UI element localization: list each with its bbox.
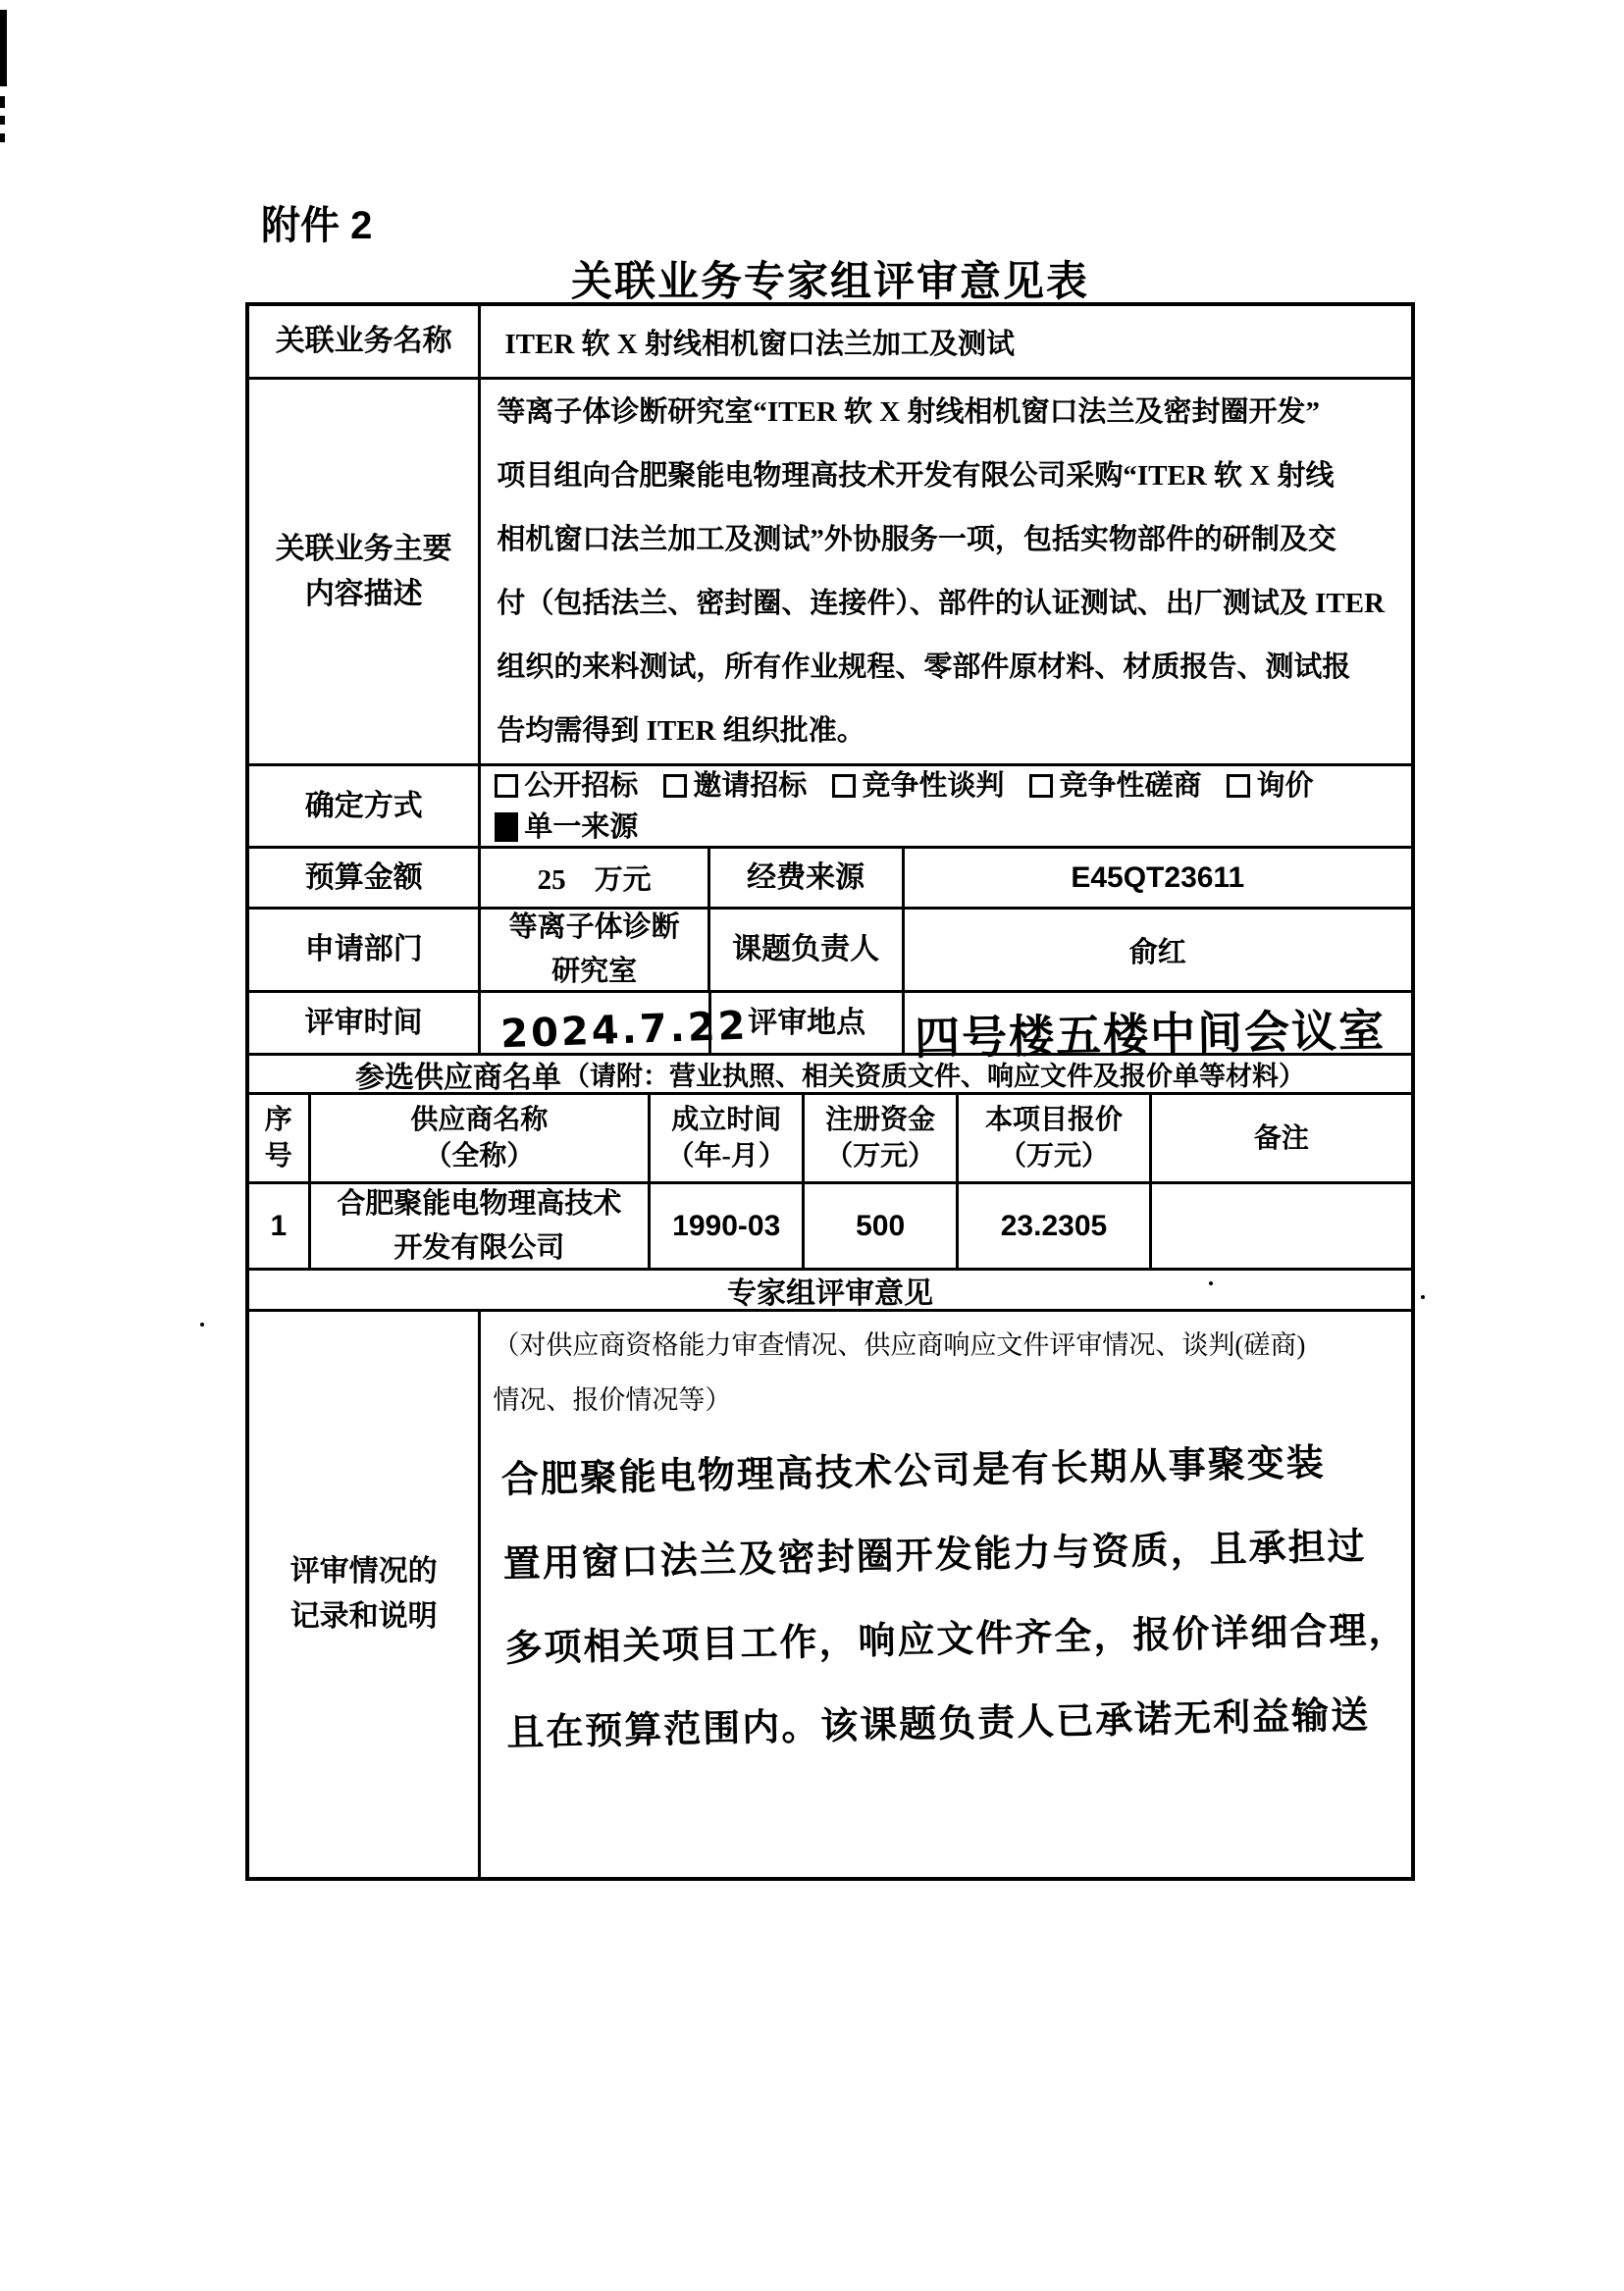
col-header-founded: 成立时间 （年-月）: [651, 1095, 805, 1181]
row-method: 确定方式 公开招标 邀请招标 竞争性谈判 竞争性磋商 询价 单一来源: [249, 766, 1411, 849]
supplier-section-title: 参选供应商名单: [355, 1053, 561, 1096]
opinion-section-title: 专家组评审意见: [249, 1271, 1411, 1309]
opinion-intro: （对供应商资格能力审查情况、供应商响应文件评审情况、谈判(磋商): [493, 1318, 1397, 1373]
business-name-value: ITER 软 X 射线相机窗口法兰加工及测试: [481, 306, 1411, 377]
opinion-record-label: 评审情况的 记录和说明: [249, 1312, 481, 1877]
handwritten-opinion: 合肥聚能电物理高技术公司是有长期从事聚变装 置用窗口法兰及密封圈开发能力与资质，…: [500, 1419, 1410, 1775]
supplier-no: 1: [249, 1184, 311, 1268]
business-name-label: 关联业务名称: [249, 306, 481, 377]
method-option-3: 竞争性磋商: [1029, 765, 1201, 807]
method-label: 确定方式: [249, 766, 481, 846]
row-department-leader: 申请部门 等离子体诊断 研究室 课题负责人 俞红: [249, 910, 1411, 993]
review-form-table: 关联业务名称 ITER 软 X 射线相机窗口法兰加工及测试 关联业务主要 内容描…: [245, 302, 1415, 1881]
budget-value: 25 万元: [481, 849, 709, 907]
method-checkbox-1: [663, 774, 687, 798]
handwritten-review-place: 四号楼五楼中间会议室: [915, 994, 1387, 1067]
row-business-name: 关联业务名称 ITER 软 X 射线相机窗口法兰加工及测试: [249, 306, 1411, 380]
review-time-label: 评审时间: [249, 993, 481, 1053]
method-checkbox-4: [1227, 774, 1250, 798]
scan-artifact-dash: [0, 96, 5, 108]
scanned-document-page: 附件 2 关联业务专家组评审意见表 关联业务名称 ITER 软 X 射线相机窗口…: [0, 0, 1624, 2291]
method-option-4: 询价: [1227, 765, 1313, 807]
supplier-quote: 23.2305: [959, 1184, 1152, 1268]
supplier-founded: 1990-03: [651, 1184, 805, 1268]
row-time-place: 评审时间 2024.7.22 评审地点 四号楼五楼中间会议室: [249, 993, 1411, 1056]
col-header-note: 备注: [1152, 1095, 1411, 1181]
col-header-capital: 注册资金 （万元）: [805, 1095, 959, 1181]
leader-label: 课题负责人: [710, 910, 905, 990]
col-header-no: 序 号: [249, 1095, 311, 1181]
scan-artifact-dash: [0, 116, 5, 125]
department-value: 等离子体诊断 研究室: [481, 910, 709, 990]
supplier-name: 合肥聚能电物理高技术 开发有限公司: [311, 1184, 652, 1268]
description-value: 等离子体诊断研究室“ITER 软 X 射线相机窗口法兰及密封圈开发” 项目组向合…: [481, 380, 1411, 763]
table-row-supplier-1: 1 合肥聚能电物理高技术 开发有限公司 1990-03 500 23.2305: [249, 1184, 1411, 1271]
method-checkbox-3: [1029, 774, 1053, 798]
row-description: 关联业务主要 内容描述 等离子体诊断研究室“ITER 软 X 射线相机窗口法兰及…: [249, 380, 1411, 766]
method-options: 公开招标 邀请招标 竞争性谈判 竞争性磋商 询价 单一来源: [481, 766, 1411, 846]
scan-artifact-dash: [0, 133, 5, 142]
funding-label: 经费来源: [710, 849, 905, 907]
method-option-0: 公开招标: [495, 765, 638, 807]
review-place-value: 四号楼五楼中间会议室: [905, 993, 1411, 1053]
department-label: 申请部门: [249, 910, 481, 990]
method-option-1: 邀请招标: [663, 765, 807, 807]
supplier-capital: 500: [805, 1184, 959, 1268]
leader-value: 俞红: [905, 910, 1411, 990]
budget-label: 预算金额: [249, 849, 481, 907]
scan-speck: [1421, 1295, 1425, 1299]
description-label: 关联业务主要 内容描述: [249, 380, 481, 763]
method-checkbox-5: [495, 812, 518, 842]
supplier-note: [1152, 1184, 1411, 1268]
handwritten-review-date: 2024.7.22: [499, 989, 749, 1057]
scan-artifact-bar: [0, 10, 7, 86]
col-header-name: 供应商名称 （全称）: [311, 1095, 652, 1181]
row-supplier-columns: 序 号 供应商名称 （全称） 成立时间 （年-月） 注册资金 （万元） 本项目报…: [249, 1095, 1411, 1184]
row-budget-funding: 预算金额 25 万元 经费来源 E45QT23611: [249, 849, 1411, 910]
row-opinion-header: 专家组评审意见: [249, 1271, 1411, 1312]
method-option-2: 竞争性谈判: [832, 765, 1004, 807]
funding-value: E45QT23611: [905, 849, 1411, 907]
row-opinion-body: 评审情况的 记录和说明 （对供应商资格能力审查情况、供应商响应文件评审情况、谈判…: [249, 1312, 1411, 1877]
attachment-label: 附件 2: [261, 194, 372, 250]
review-time-value: 2024.7.22: [481, 993, 711, 1053]
page-title: 关联业务专家组评审意见表: [245, 249, 1415, 308]
col-header-quote: 本项目报价 （万元）: [959, 1095, 1152, 1181]
scan-speck: [200, 1323, 204, 1327]
opinion-content: （对供应商资格能力审查情况、供应商响应文件评审情况、谈判(磋商) 情况、报价情况…: [481, 1312, 1411, 1877]
method-checkbox-0: [495, 774, 518, 798]
method-option-5: 单一来源: [495, 807, 638, 848]
method-checkbox-2: [832, 774, 856, 798]
